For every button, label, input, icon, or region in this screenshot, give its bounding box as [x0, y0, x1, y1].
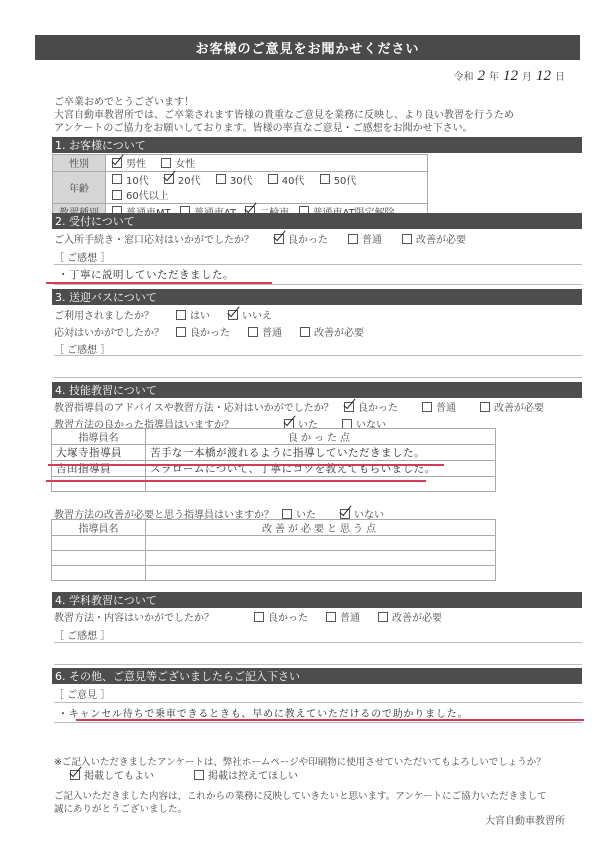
bus-usage-row: ご利用されましたか？ はい いいえ — [54, 307, 284, 322]
option-label: 改善が必要 — [392, 609, 442, 624]
reception-comment[interactable]: ・丁寧に説明していただきました。 — [58, 267, 234, 282]
option-needs-improvement[interactable]: 改善が必要 — [402, 231, 466, 246]
checkbox-icon[interactable] — [176, 310, 186, 320]
customer-info-table: 性別 男性 女性 年齢 10代 20代 30代 40代 50代 60代以上 教習… — [52, 154, 428, 220]
option-normal[interactable]: 普通 — [422, 399, 456, 414]
intro-line: 大宮自動車教習所では、ご卒業されます皆様の貴重なご意見を業務に反映し、より良い教… — [54, 109, 584, 122]
option-no[interactable]: いいえ — [228, 307, 272, 322]
option-label: 良かった — [268, 609, 308, 624]
checkbox-icon[interactable] — [402, 234, 412, 244]
divider — [54, 702, 582, 703]
option-needs-improvement[interactable]: 改善が必要 — [300, 324, 364, 339]
option-label: 60代以上 — [126, 187, 169, 202]
option-label: 50代 — [334, 172, 357, 187]
date-year[interactable]: 2 — [478, 68, 486, 85]
option-label: 普通 — [262, 324, 282, 339]
option-20s[interactable]: 20代 — [164, 172, 201, 187]
table-row: 性別 男性 女性 — [53, 155, 428, 172]
question-label: 応対はいかがでしたか？ — [54, 324, 176, 339]
row-label-age: 年齢 — [53, 171, 106, 203]
option-label: 良かった — [190, 324, 230, 339]
option-allow-publish[interactable]: 掲載してもよい — [70, 767, 154, 782]
good-point-cell[interactable] — [146, 477, 496, 492]
checkbox-icon[interactable] — [216, 174, 226, 184]
checkbox-icon[interactable] — [422, 402, 432, 412]
divider — [54, 664, 582, 665]
question-label: 教習指導員のアドバイスや教習方法・応対はいかがでしたか？ — [54, 399, 344, 414]
underline — [48, 464, 444, 466]
section-other-heading: 6. その他、ご意見等ございましたらご記入下さい — [52, 668, 582, 684]
improvement-point-cell[interactable] — [146, 551, 496, 566]
option-label: 女性 — [175, 155, 195, 170]
table-row: 大塚寺指導員 苦手な一本橋が渡れるように指導していただきました。 — [52, 445, 496, 461]
table-header: 指導員名 改善が必要と思う点 — [52, 520, 496, 536]
option-label: 30代 — [230, 172, 253, 187]
option-normal[interactable]: 普通 — [248, 324, 282, 339]
closing-line: ご記入いただきました内容は、これからの業務に反映していきたいと思います。アンケー… — [54, 790, 584, 803]
option-label: 改善が必要 — [494, 399, 544, 414]
option-label: 普通 — [436, 399, 456, 414]
option-label: 掲載は控えてほしい — [208, 767, 298, 782]
checkbox-icon[interactable] — [284, 419, 294, 429]
option-10s[interactable]: 10代 — [112, 172, 149, 187]
option-label: 40代 — [282, 172, 305, 187]
divider — [54, 284, 582, 285]
intro-text: ご卒業おめでとうございます！ 大宮自動車教習所では、ご卒業されます皆様の貴重なご… — [54, 96, 584, 135]
question-label: 教習方法・内容はいかがでしたか？ — [54, 609, 254, 624]
option-label: いいえ — [242, 307, 272, 322]
checkbox-icon[interactable] — [176, 327, 186, 337]
option-good[interactable]: 良かった — [176, 324, 230, 339]
checkbox-icon[interactable] — [480, 402, 490, 412]
other-comment[interactable]: ・キャンセル待ちで乗車できるときも、早めに教えていただけるので助かりました。 — [58, 705, 468, 720]
option-good[interactable]: 良かった — [254, 609, 308, 624]
option-deny-publish[interactable]: 掲載は控えてほしい — [194, 767, 298, 782]
improvement-point-cell[interactable] — [146, 566, 496, 581]
checkbox-icon[interactable] — [378, 612, 388, 622]
option-good[interactable]: 良かった — [274, 231, 328, 246]
option-label: 掲載してもよい — [84, 767, 154, 782]
section-customer-heading: 1. お客様について — [52, 137, 582, 153]
instructor-name-cell[interactable]: 大塚寺指導員 — [52, 445, 146, 461]
date-month-unit: 月 — [522, 68, 532, 83]
header-improvement-points: 改善が必要と思う点 — [146, 520, 496, 536]
comment-label: ［ ご感想 ］ — [54, 249, 110, 264]
instructor-name-cell[interactable] — [52, 536, 146, 551]
section-academic-heading: 4. 学科教習について — [52, 592, 582, 608]
instructor-name-cell[interactable]: 吉田指導員 — [52, 461, 146, 477]
checkbox-icon[interactable] — [254, 612, 264, 622]
intro-line: ご卒業おめでとうございます！ — [54, 96, 584, 109]
table-row — [52, 551, 496, 566]
reception-question-row: ご入所手続き・窓口応対はいかがでしたか？ 良かった 普通 改善が必要 — [54, 231, 478, 246]
date-field: 令和 2 年 12 月 12 日 — [454, 68, 566, 85]
date-day[interactable]: 12 — [536, 68, 551, 85]
checkbox-icon[interactable] — [112, 190, 122, 200]
date-year-unit: 年 — [489, 68, 499, 83]
checkbox-icon[interactable] — [164, 174, 174, 184]
bad-instructor-table: 指導員名 改善が必要と思う点 — [51, 519, 496, 581]
instructor-name-cell[interactable] — [52, 551, 146, 566]
instructor-name-cell[interactable] — [52, 566, 146, 581]
checkbox-icon[interactable] — [348, 234, 358, 244]
underline — [76, 719, 584, 721]
checkbox-icon[interactable] — [194, 770, 204, 780]
divider — [54, 722, 582, 723]
improvement-point-cell[interactable] — [146, 536, 496, 551]
checkbox-icon[interactable] — [326, 612, 336, 622]
header-good-points: 良かった点 — [146, 429, 496, 445]
underline — [46, 480, 426, 482]
divider — [54, 264, 582, 265]
checkbox-icon[interactable] — [344, 402, 354, 412]
instructor-advice-row: 教習指導員のアドバイスや教習方法・応対はいかがでしたか？ 良かった 普通 改善が… — [54, 399, 556, 414]
checkbox-icon[interactable] — [300, 327, 310, 337]
option-label: 改善が必要 — [314, 324, 364, 339]
checkbox-icon[interactable] — [340, 509, 350, 519]
date-era: 令和 — [454, 68, 474, 83]
option-label: 10代 — [126, 172, 149, 187]
option-good[interactable]: 良かった — [344, 399, 398, 414]
question-label: ご入所手続き・窓口応対はいかがでしたか？ — [54, 231, 274, 246]
row-label-gender: 性別 — [53, 155, 106, 172]
table-row: 年齢 10代 20代 30代 40代 50代 60代以上 — [53, 171, 428, 203]
checkbox-icon[interactable] — [228, 310, 238, 320]
consent-options: 掲載してもよい 掲載は控えてほしい — [70, 767, 310, 782]
checkbox-icon[interactable] — [282, 509, 292, 519]
comment-label: ［ ご感想 ］ — [54, 341, 110, 356]
good-point-cell[interactable]: 苦手な一本橋が渡れるように指導していただきました。 — [146, 445, 496, 461]
option-normal[interactable]: 普通 — [326, 609, 360, 624]
checkbox-icon[interactable] — [342, 419, 352, 429]
checkbox-icon[interactable] — [268, 174, 278, 184]
table-row — [52, 566, 496, 581]
option-label: 普通 — [362, 231, 382, 246]
option-normal[interactable]: 普通 — [348, 231, 382, 246]
section-reception-heading: 2. 受付について — [52, 213, 582, 229]
question-label: ご利用されましたか？ — [54, 307, 176, 322]
bus-service-row: 応対はいかがでしたか？ 良かった 普通 改善が必要 — [54, 324, 376, 339]
option-label: 普通 — [340, 609, 360, 624]
option-male[interactable]: 男性 — [112, 155, 146, 170]
good-point-cell[interactable]: スラロームについて、丁寧にコツを教えてもらいました。 — [146, 461, 496, 477]
date-day-unit: 日 — [555, 68, 565, 83]
option-label: 20代 — [178, 172, 201, 187]
checkbox-icon[interactable] — [112, 158, 122, 168]
gender-options: 男性 女性 — [106, 155, 428, 172]
checkbox-icon[interactable] — [320, 174, 330, 184]
school-signature: 大宮自動車教習所 — [485, 812, 565, 827]
comment-label: ［ ご感想 ］ — [54, 627, 110, 642]
consent-question: ※ご記入いただきましたアンケートは、弊社ホームページや印刷物に使用させていただい… — [54, 754, 546, 768]
header-instructor-name: 指導員名 — [52, 520, 146, 536]
option-label: はい — [190, 307, 210, 322]
option-yes[interactable]: はい — [176, 307, 210, 322]
table-row — [52, 536, 496, 551]
table-header: 指導員名 良かった点 — [52, 429, 496, 445]
form-title: お客様のご意見をお聞かせください — [35, 35, 580, 60]
intro-line: アンケートのご協力をお願いしております。皆様の率直なご意見・ご感想をお聞かせ下さ… — [54, 122, 584, 135]
divider — [54, 642, 582, 643]
option-female[interactable]: 女性 — [161, 155, 195, 170]
option-label: 男性 — [126, 155, 146, 170]
option-label: 改善が必要 — [416, 231, 466, 246]
divider — [54, 377, 582, 378]
option-label: 良かった — [358, 399, 398, 414]
comment-label: ［ ご意見 ］ — [54, 686, 110, 701]
option-30s[interactable]: 30代 — [216, 172, 253, 187]
date-month[interactable]: 12 — [503, 68, 518, 85]
header-instructor-name: 指導員名 — [52, 429, 146, 445]
academic-question-row: 教習方法・内容はいかがでしたか？ 良かった 普通 改善が必要 — [54, 609, 454, 624]
section-skill-heading: 4. 技能教習について — [52, 382, 582, 398]
option-needs-improvement[interactable]: 改善が必要 — [378, 609, 442, 624]
checkbox-icon[interactable] — [274, 234, 284, 244]
good-instructor-table: 指導員名 良かった点 大塚寺指導員 苦手な一本橋が渡れるように指導していただきま… — [51, 428, 496, 492]
divider — [54, 355, 582, 356]
table-row — [52, 477, 496, 492]
option-label: 良かった — [288, 231, 328, 246]
table-row: 吉田指導員 スラロームについて、丁寧にコツを教えてもらいました。 — [52, 461, 496, 477]
option-40s[interactable]: 40代 — [268, 172, 305, 187]
checkbox-icon[interactable] — [70, 770, 80, 780]
option-needs-improvement[interactable]: 改善が必要 — [480, 399, 544, 414]
instructor-name-cell[interactable] — [52, 477, 146, 492]
checkbox-icon[interactable] — [112, 174, 122, 184]
option-50s[interactable]: 50代 — [320, 172, 357, 187]
option-60s-plus[interactable]: 60代以上 — [112, 187, 169, 202]
section-bus-heading: 3. 送迎バスについて — [52, 289, 582, 305]
age-options: 10代 20代 30代 40代 50代 60代以上 — [106, 171, 428, 203]
checkbox-icon[interactable] — [161, 158, 171, 168]
checkbox-icon[interactable] — [248, 327, 258, 337]
